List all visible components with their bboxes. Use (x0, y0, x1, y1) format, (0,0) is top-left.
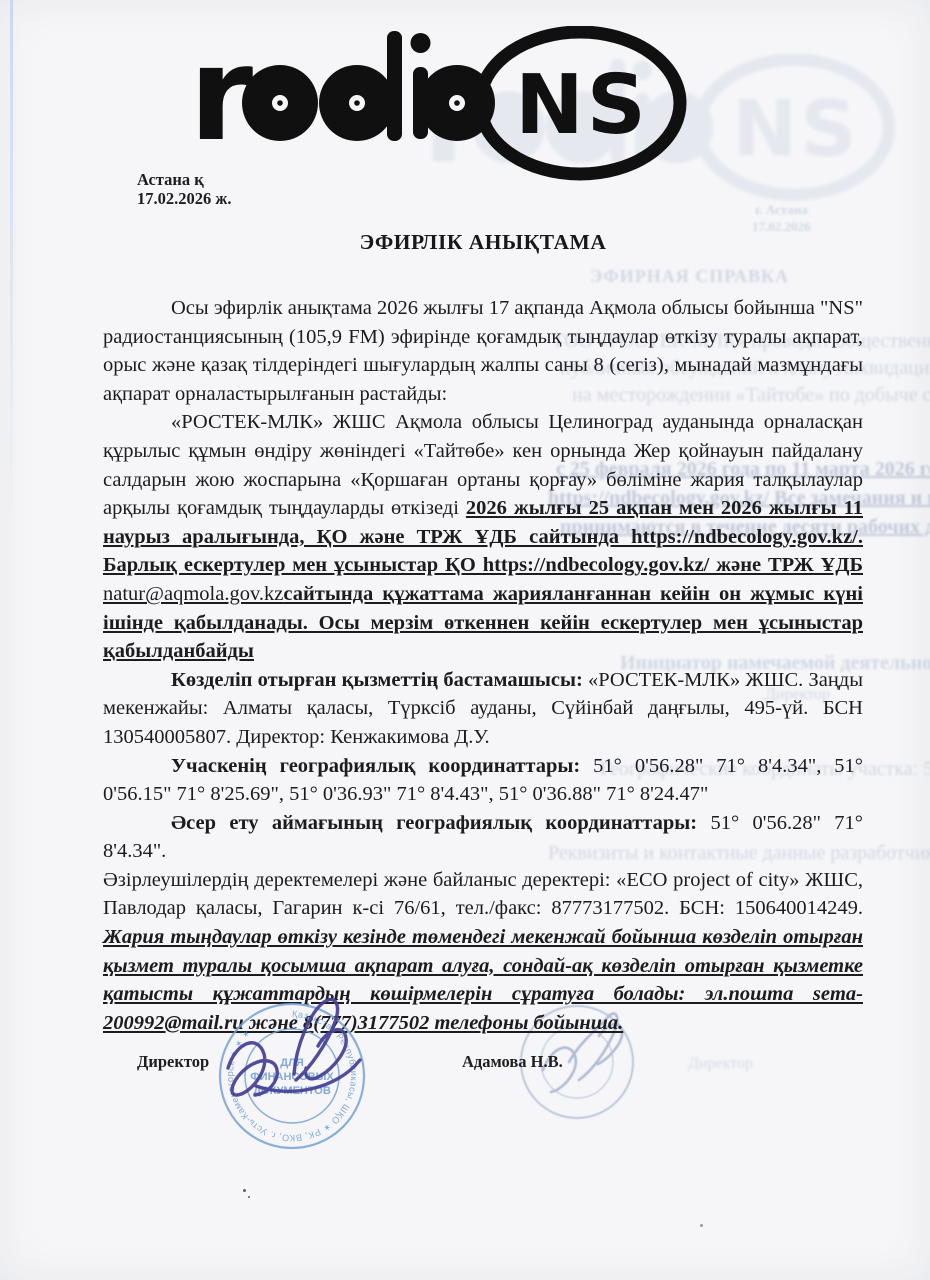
intro-text: Осы эфирлік анықтама 2026 жылғы 17 ақпан… (103, 297, 863, 405)
paragraph-intro: Осы эфирлік анықтама 2026 жылғы 17 ақпан… (103, 294, 863, 408)
document-body: Осы эфирлік анықтама 2026 жылғы 17 ақпан… (103, 294, 863, 1037)
impact-coordinates-lead: Әсер ету аймағының географиялық координа… (171, 812, 697, 834)
radio-wordmark: r (195, 26, 495, 170)
developer-details: Әзірлеушілердің деректемелері және байла… (103, 869, 863, 920)
paragraph-announcement: «РОСТЕК-МЛК» ЖШС Ақмола облысы Целиногра… (103, 408, 863, 665)
paragraph-initiator: Көзделіп отырған қызметтің бастамашысы: … (103, 666, 863, 752)
svg-text:NS: NS (732, 85, 859, 175)
city-label: Астана қ (137, 170, 231, 189)
logo-ns-letters: NS (515, 58, 649, 153)
signature-role-label: Директор (137, 1052, 209, 1072)
document-title: ЭФИРЛІК АНЫҚТАМА (103, 230, 863, 255)
announcement-email: natur@aqmola.gov.kz (103, 583, 283, 605)
date-label: 17.02.2026 ж. (137, 189, 231, 208)
scan-speck (248, 1196, 250, 1198)
radio-ns-logo: r NS (195, 26, 700, 188)
ghost-role-bottom: Директор (688, 1055, 753, 1073)
place-and-date-block: Астана қ 17.02.2026 ж. (137, 170, 231, 208)
ghost-title: ЭФИРНАЯ СПРАВКА (590, 266, 789, 287)
signature-name-label: Адамова Н.В. (462, 1052, 563, 1072)
site-coordinates-lead: Учаскенің географиялық координаттары: (171, 755, 580, 777)
scanned-document-page: r NS г. Астана 17.02.2026 ЭФИРНАЯ СПРАВК… (0, 0, 930, 1280)
paragraph-impact-coordinates: Әсер ету аймағының географиялық координа… (103, 809, 863, 866)
paragraph-site-coordinates: Учаскенің географиялық координаттары: 51… (103, 752, 863, 809)
scan-edge-artifact (10, 0, 13, 520)
director-signature (198, 988, 398, 1123)
initiator-lead: Көзделіп отырған қызметтің бастамашысы: (171, 669, 583, 691)
scan-speck (243, 1189, 246, 1192)
scan-speck (700, 1224, 703, 1227)
